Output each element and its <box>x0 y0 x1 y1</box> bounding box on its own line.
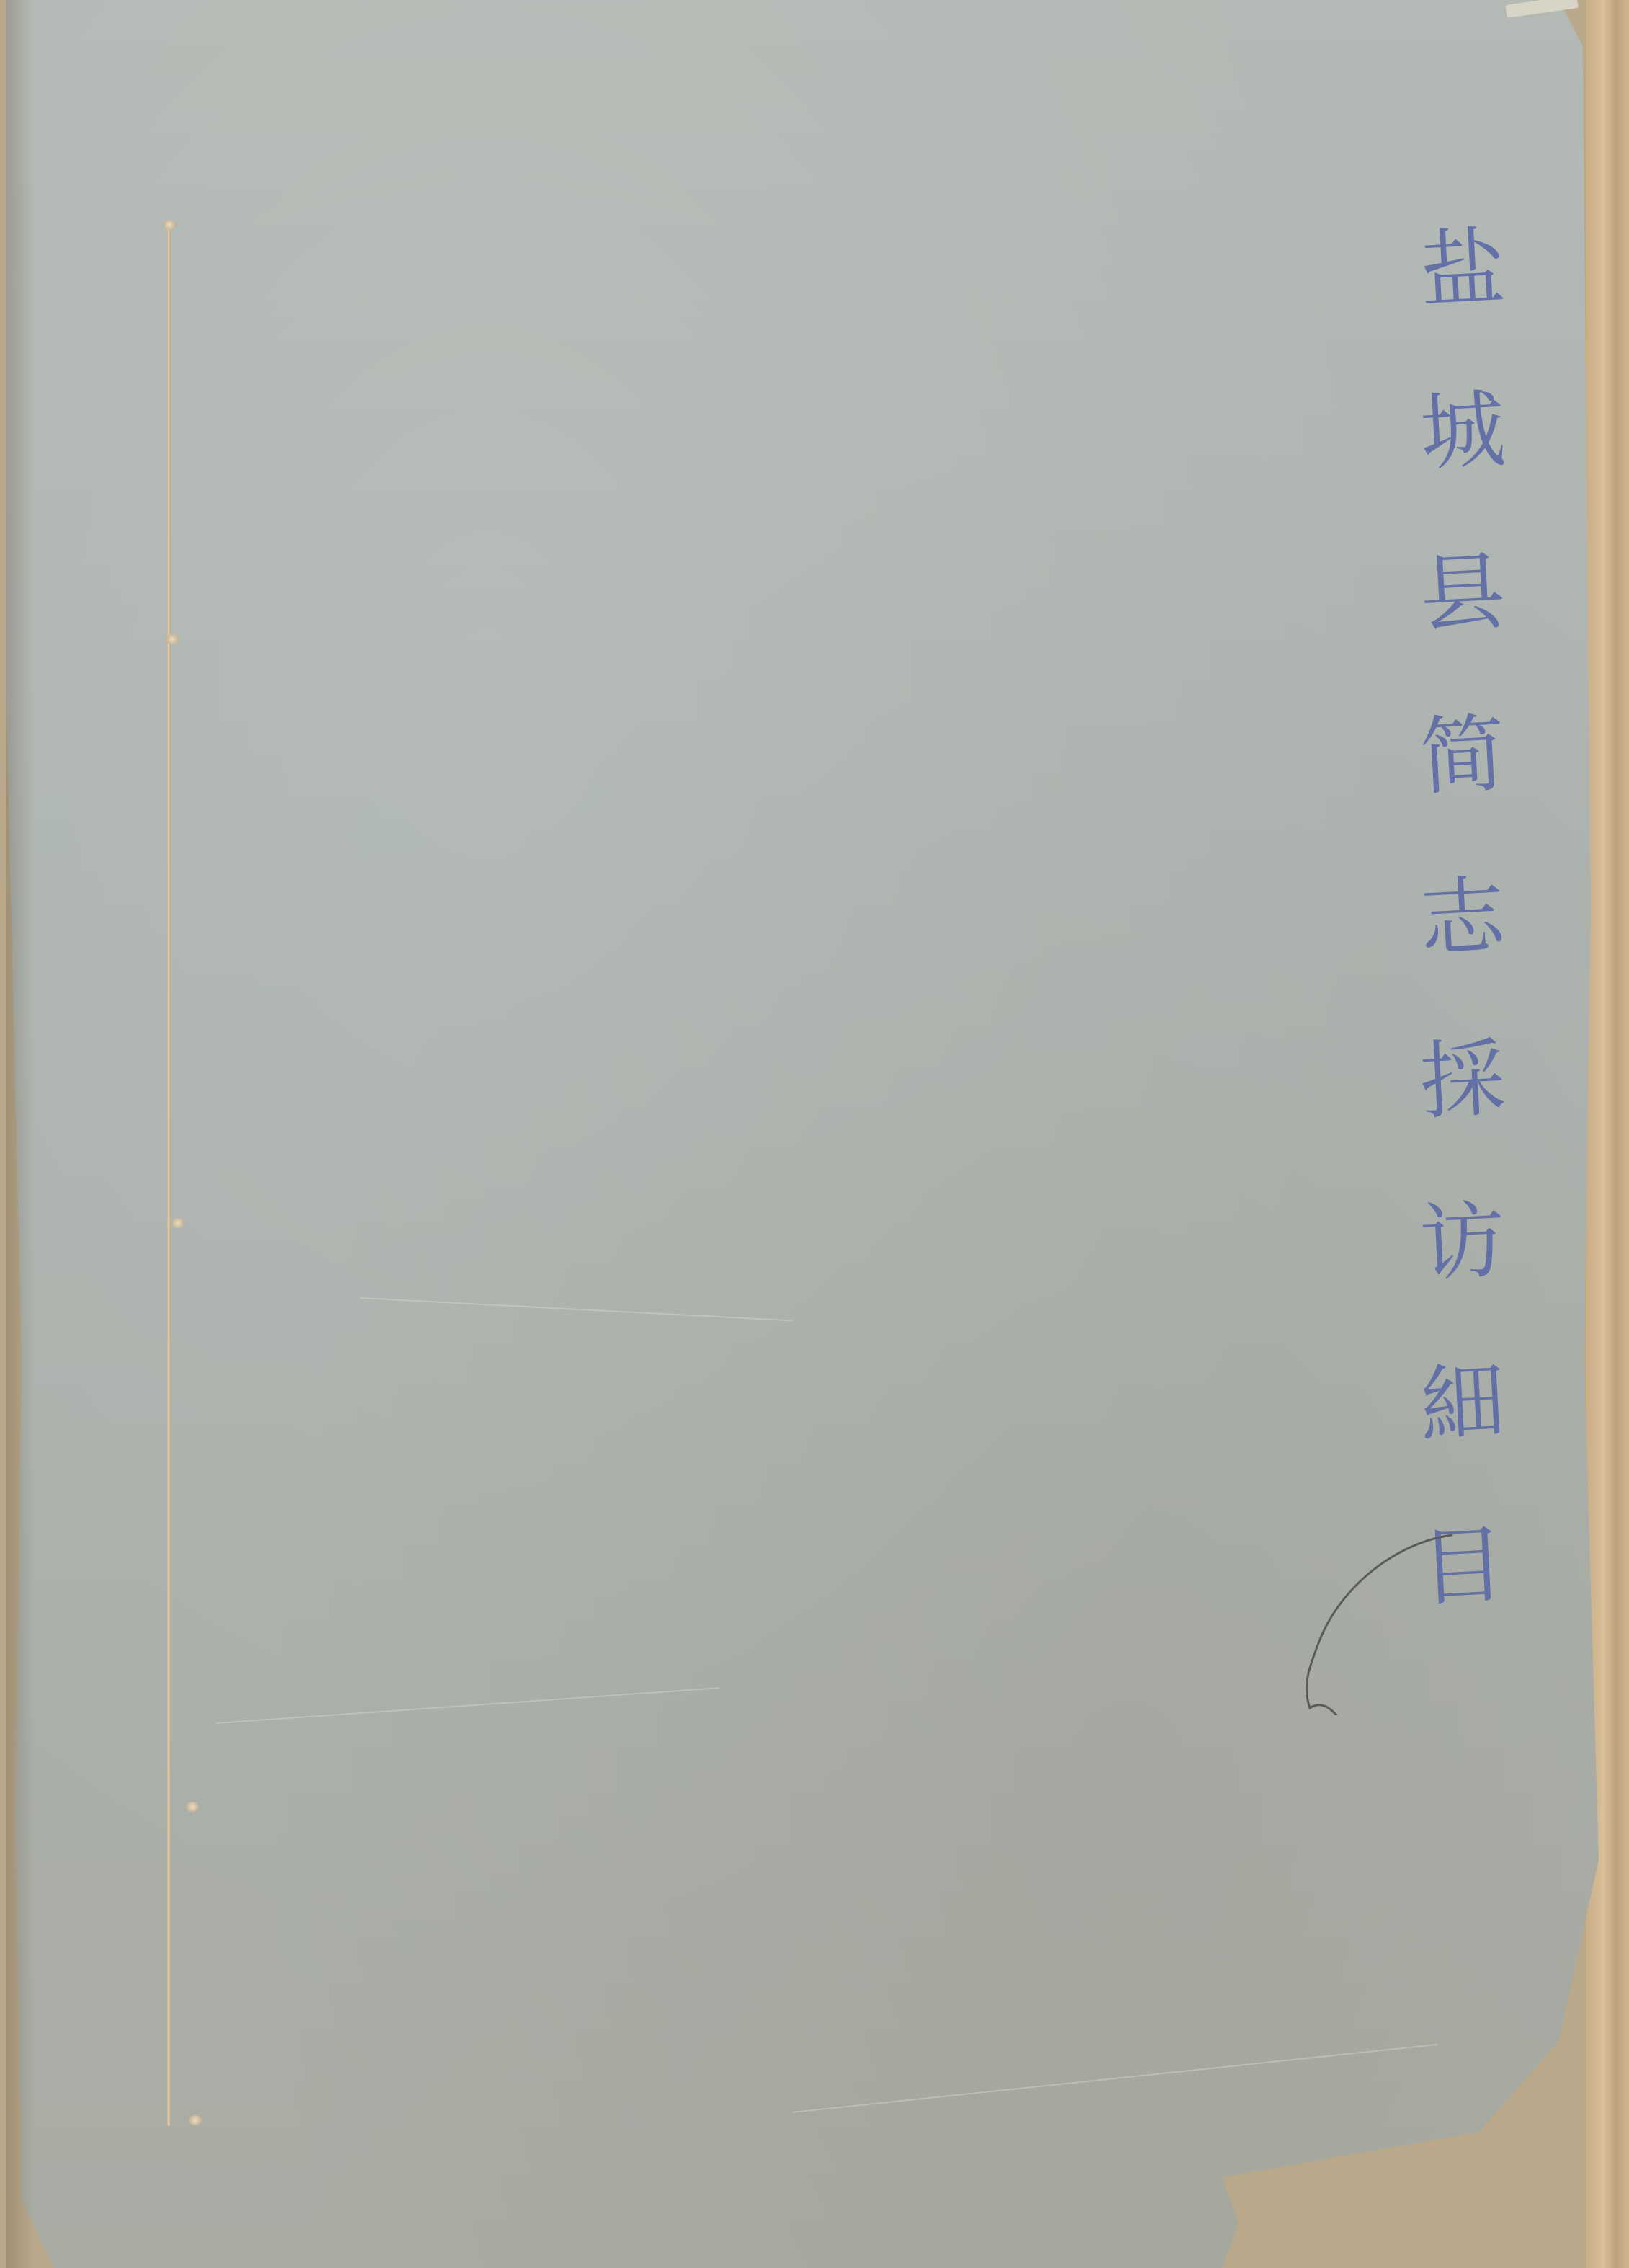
stitch-knot <box>166 634 179 644</box>
title-char: 盐 <box>1416 185 1509 352</box>
book-cover <box>6 0 1607 2268</box>
stitch-knot <box>189 2115 202 2125</box>
stitch-knot <box>171 1218 184 1228</box>
title-char: 简 <box>1416 672 1509 838</box>
pencil-curve <box>1275 1499 1463 1715</box>
stitch-knot <box>163 220 176 230</box>
handwritten-title: 盐 城 县 简 志 採 访 細 目 <box>1394 187 1531 1647</box>
page-edges-stack <box>1586 0 1629 2268</box>
title-char: 县 <box>1416 510 1509 676</box>
title-char: 志 <box>1416 834 1509 1000</box>
stitch-knot <box>186 1802 199 1812</box>
title-char: 城 <box>1416 347 1509 514</box>
spine-shadow <box>6 0 35 2268</box>
title-char: 採 <box>1416 996 1509 1162</box>
title-char: 访 <box>1416 1158 1509 1325</box>
title-char: 細 <box>1416 1320 1509 1487</box>
binding-thread <box>167 223 171 2126</box>
